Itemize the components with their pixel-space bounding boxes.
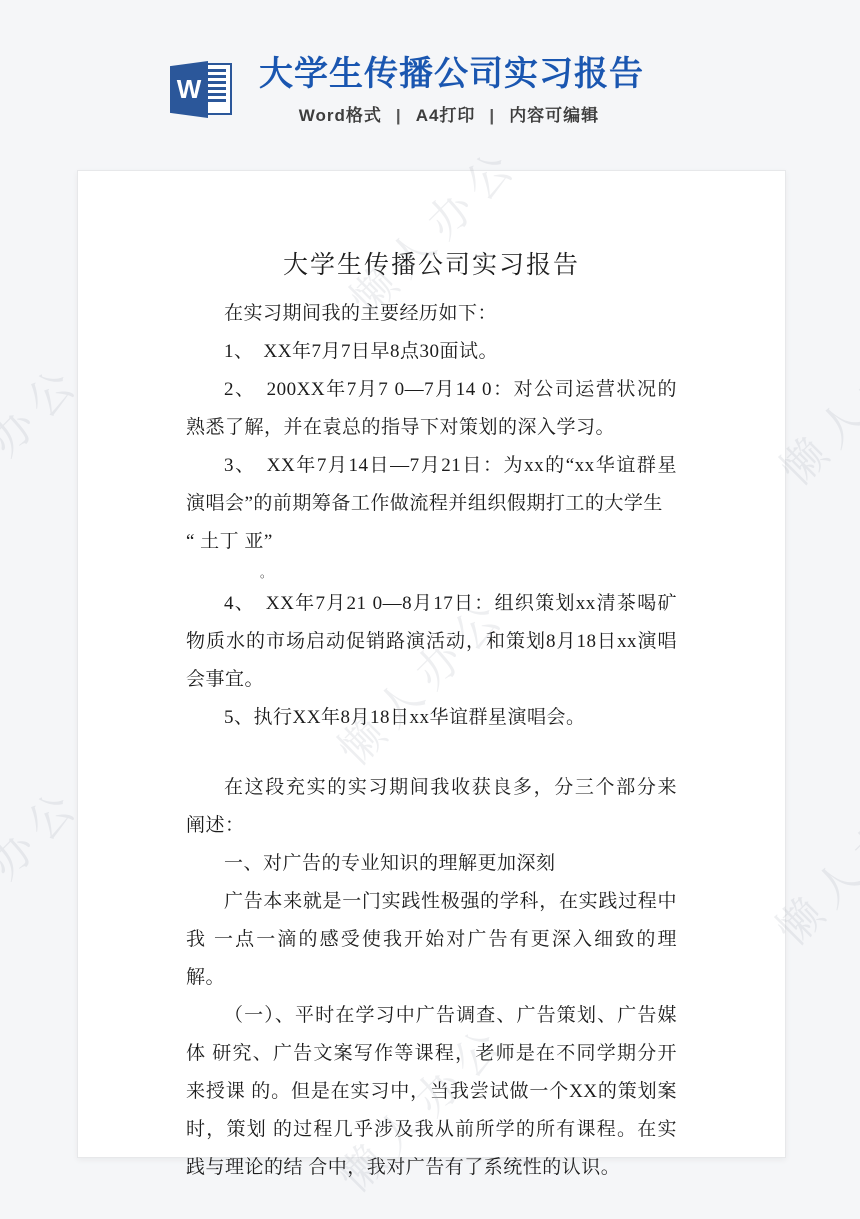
paragraph: 5、执行XX年8月18日xx华谊群星演唱会。 (186, 699, 677, 737)
word-file-icon: W (170, 61, 232, 118)
paragraph: （一）、平时在学习中广告调查、广告策划、广告媒体 研究、广告文案写作等课程，老师… (186, 997, 677, 1187)
paragraph: 4、 XX年7月21 0—8月17日：组织策划xx清茶喝矿 物质水的市场启动促销… (186, 585, 677, 699)
document-title: 大学生传播公司实习报告 (186, 243, 677, 289)
paragraph: “ 土丁 亚” (186, 523, 677, 561)
word-w-badge-icon: W (170, 61, 208, 118)
paragraph: 。 (186, 561, 677, 585)
page-header: W 大学生传播公司实习报告 Word格式|A4打印|内容可编辑 (0, 0, 860, 150)
meta-format: Word格式 (299, 106, 382, 125)
paragraph: 一、对广告的专业知识的理解更加深刻 (186, 845, 677, 883)
header-text: 大学生传播公司实习报告 Word格式|A4打印|内容可编辑 (259, 52, 639, 126)
meta-print: A4打印 (416, 106, 476, 125)
meta-editable: 内容可编辑 (509, 106, 599, 125)
paragraph: 1、 XX年7月7日早8点30面试。 (186, 333, 677, 371)
paragraph: 在这段充实的实习期间我收获良多，分三个部分来 阐述： (186, 769, 677, 845)
paragraph: 3、 XX年7月14日—7月21日：为xx的“xx华谊群星 演唱会”的前期筹备工… (186, 447, 677, 523)
paragraph: 广告本来就是一门实践性极强的学科，在实践过程中我 一点一滴的感受使我开始对广告有… (186, 883, 677, 997)
paragraph: 在实习期间我的主要经历如下： (186, 295, 677, 333)
meta-separator: | (489, 106, 495, 125)
document-preview: 大学生传播公司实习报告 在实习期间我的主要经历如下： 1、 XX年7月7日早8点… (77, 170, 786, 1158)
meta-separator: | (396, 106, 402, 125)
paragraph: 2、 200XX年7月7 0—7月14 0：对公司运营状况的 熟悉了解，并在袁总… (186, 371, 677, 447)
file-meta: Word格式|A4打印|内容可编辑 (259, 101, 639, 126)
page-title: 大学生传播公司实习报告 (259, 52, 639, 96)
